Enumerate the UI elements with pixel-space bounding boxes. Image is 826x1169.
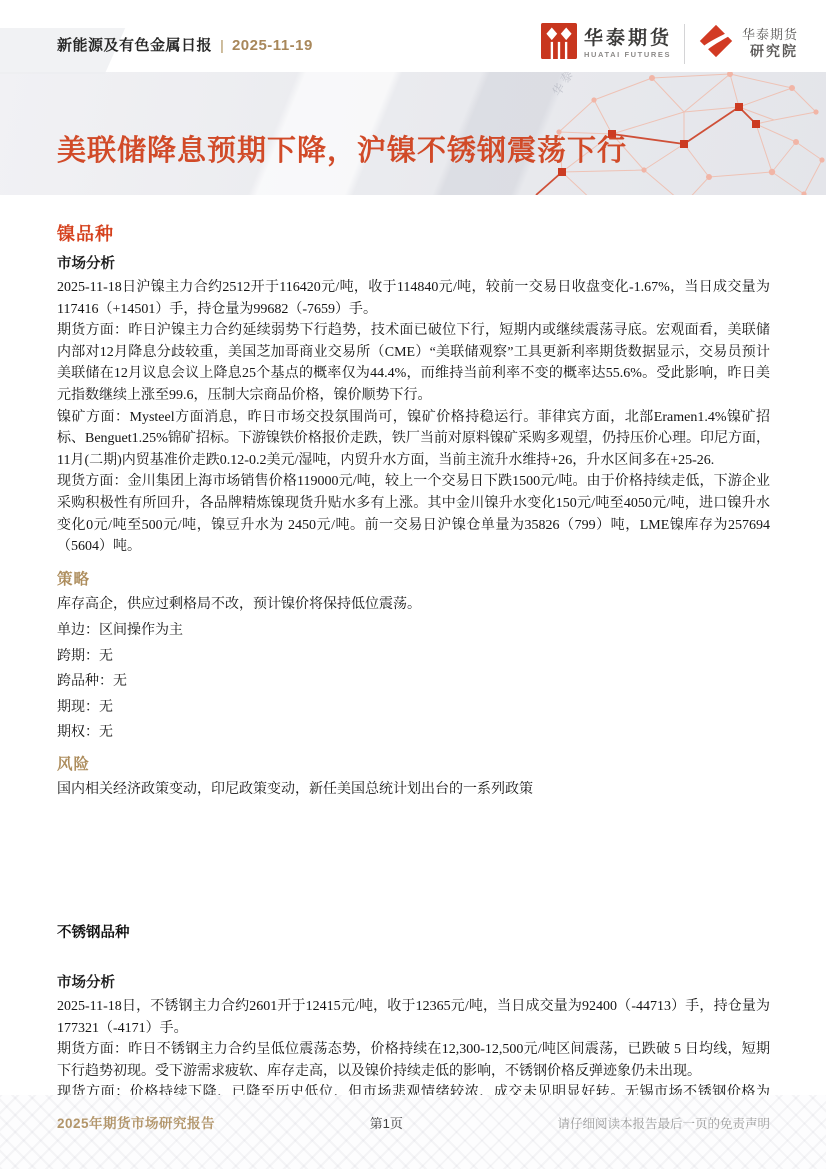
stainless-paragraph-futures: 期货方面：昨日不锈钢主力合约呈低位震荡态势，价格持续在12,300-12,500… — [57, 1039, 770, 1082]
nickel-strategy-summary: 库存高企，供应过剩格局不改，预计镍价将保持低位震荡。 — [57, 594, 770, 616]
institute-logo-group: 华泰期货 研究院 — [697, 22, 798, 65]
institute-name-line2: 研究院 — [742, 43, 798, 61]
section-title-nickel: 镍品种 — [57, 220, 770, 246]
masthead: 新能源及有色金属日报 | 2025-11-19 — [57, 34, 313, 55]
stainless-market-analysis-heading: 市场分析 — [57, 971, 770, 992]
report-page: 新能源及有色金属日报 | 2025-11-19 华泰期货 — [0, 0, 826, 1169]
report-title: 美联储降息预期下降，沪镍不锈钢震荡下行 — [57, 128, 627, 169]
brand-name-cn: 华泰期货 — [584, 29, 672, 48]
page-footer: 2025年期货市场研究报告 第1页 请仔细阅读本报告最后一页的免责声明 — [0, 1095, 826, 1169]
nickel-paragraph-spot: 现货方面：金川集团上海市场销售价格119000元/吨，较上一个交易日下跌1500… — [57, 471, 770, 557]
brand-block: 华泰期货 HUATAI FUTURES 华泰期货 研究院 — [541, 22, 798, 65]
institute-name-line1: 华泰期货 — [742, 27, 798, 43]
footer-row: 2025年期货市场研究报告 第1页 请仔细阅读本报告最后一页的免责声明 — [0, 1095, 826, 1132]
strategy-item-futures-spot: 期现：无 — [57, 697, 770, 718]
footer-disclaimer-note: 请仔细阅读本报告最后一页的免责声明 — [557, 1114, 770, 1132]
strategy-item-calendar-spread: 跨期：无 — [57, 646, 770, 667]
nickel-risk-heading: 风险 — [57, 752, 770, 774]
report-body: 镍品种 市场分析 2025-11-18日沪镍主力合约2512开于116420元/… — [57, 195, 770, 1147]
nickel-paragraph-ore: 镍矿方面：Mysteel方面消息，昨日市场交投氛围尚可，镍矿价格持稳运行。菲律宾… — [57, 407, 770, 472]
stainless-paragraph-summary: 2025-11-18日，不锈钢主力合约2601开于12415元/吨，收于1236… — [57, 996, 770, 1039]
institute-diamond-icon — [697, 22, 735, 65]
nickel-paragraph-summary: 2025-11-18日沪镍主力合约2512开于116420元/吨，收于11484… — [57, 277, 770, 320]
nickel-strategy-heading: 策略 — [57, 567, 770, 589]
nickel-market-analysis-heading: 市场分析 — [57, 252, 770, 273]
brand-divider — [684, 24, 685, 64]
brand-logo-group: 华泰期货 HUATAI FUTURES — [541, 23, 672, 64]
strategy-item-cross-product: 跨品种：无 — [57, 671, 770, 692]
report-type-label: 新能源及有色金属日报 — [57, 34, 212, 55]
institute-names: 华泰期货 研究院 — [742, 27, 798, 61]
page-header: 新能源及有色金属日报 | 2025-11-19 华泰期货 — [0, 0, 826, 72]
masthead-separator: | — [220, 37, 224, 53]
huatai-logo-icon — [541, 23, 577, 64]
report-date: 2025-11-19 — [232, 37, 313, 54]
footer-report-series: 2025年期货市场研究报告 — [57, 1112, 215, 1132]
strategy-item-unilateral: 单边：区间操作为主 — [57, 620, 770, 641]
brand-names: 华泰期货 HUATAI FUTURES — [584, 29, 672, 59]
strategy-item-options: 期权：无 — [57, 722, 770, 743]
title-banner: 华泰期货 美联储降息预期下降，沪镍不锈钢震荡下行 — [0, 72, 826, 195]
section-title-stainless: 不锈钢品种 — [57, 921, 770, 942]
nickel-paragraph-futures: 期货方面：昨日沪镍主力合约延续弱势下行趋势，技术面已破位下行，短期内或继续震荡寻… — [57, 320, 770, 406]
footer-page-number: 第1页 — [370, 1113, 403, 1132]
nickel-risk-text: 国内相关经济政策变动，印尼政策变动，新任美国总统计划出台的一系列政策 — [57, 779, 770, 801]
brand-name-en: HUATAI FUTURES — [584, 51, 672, 59]
